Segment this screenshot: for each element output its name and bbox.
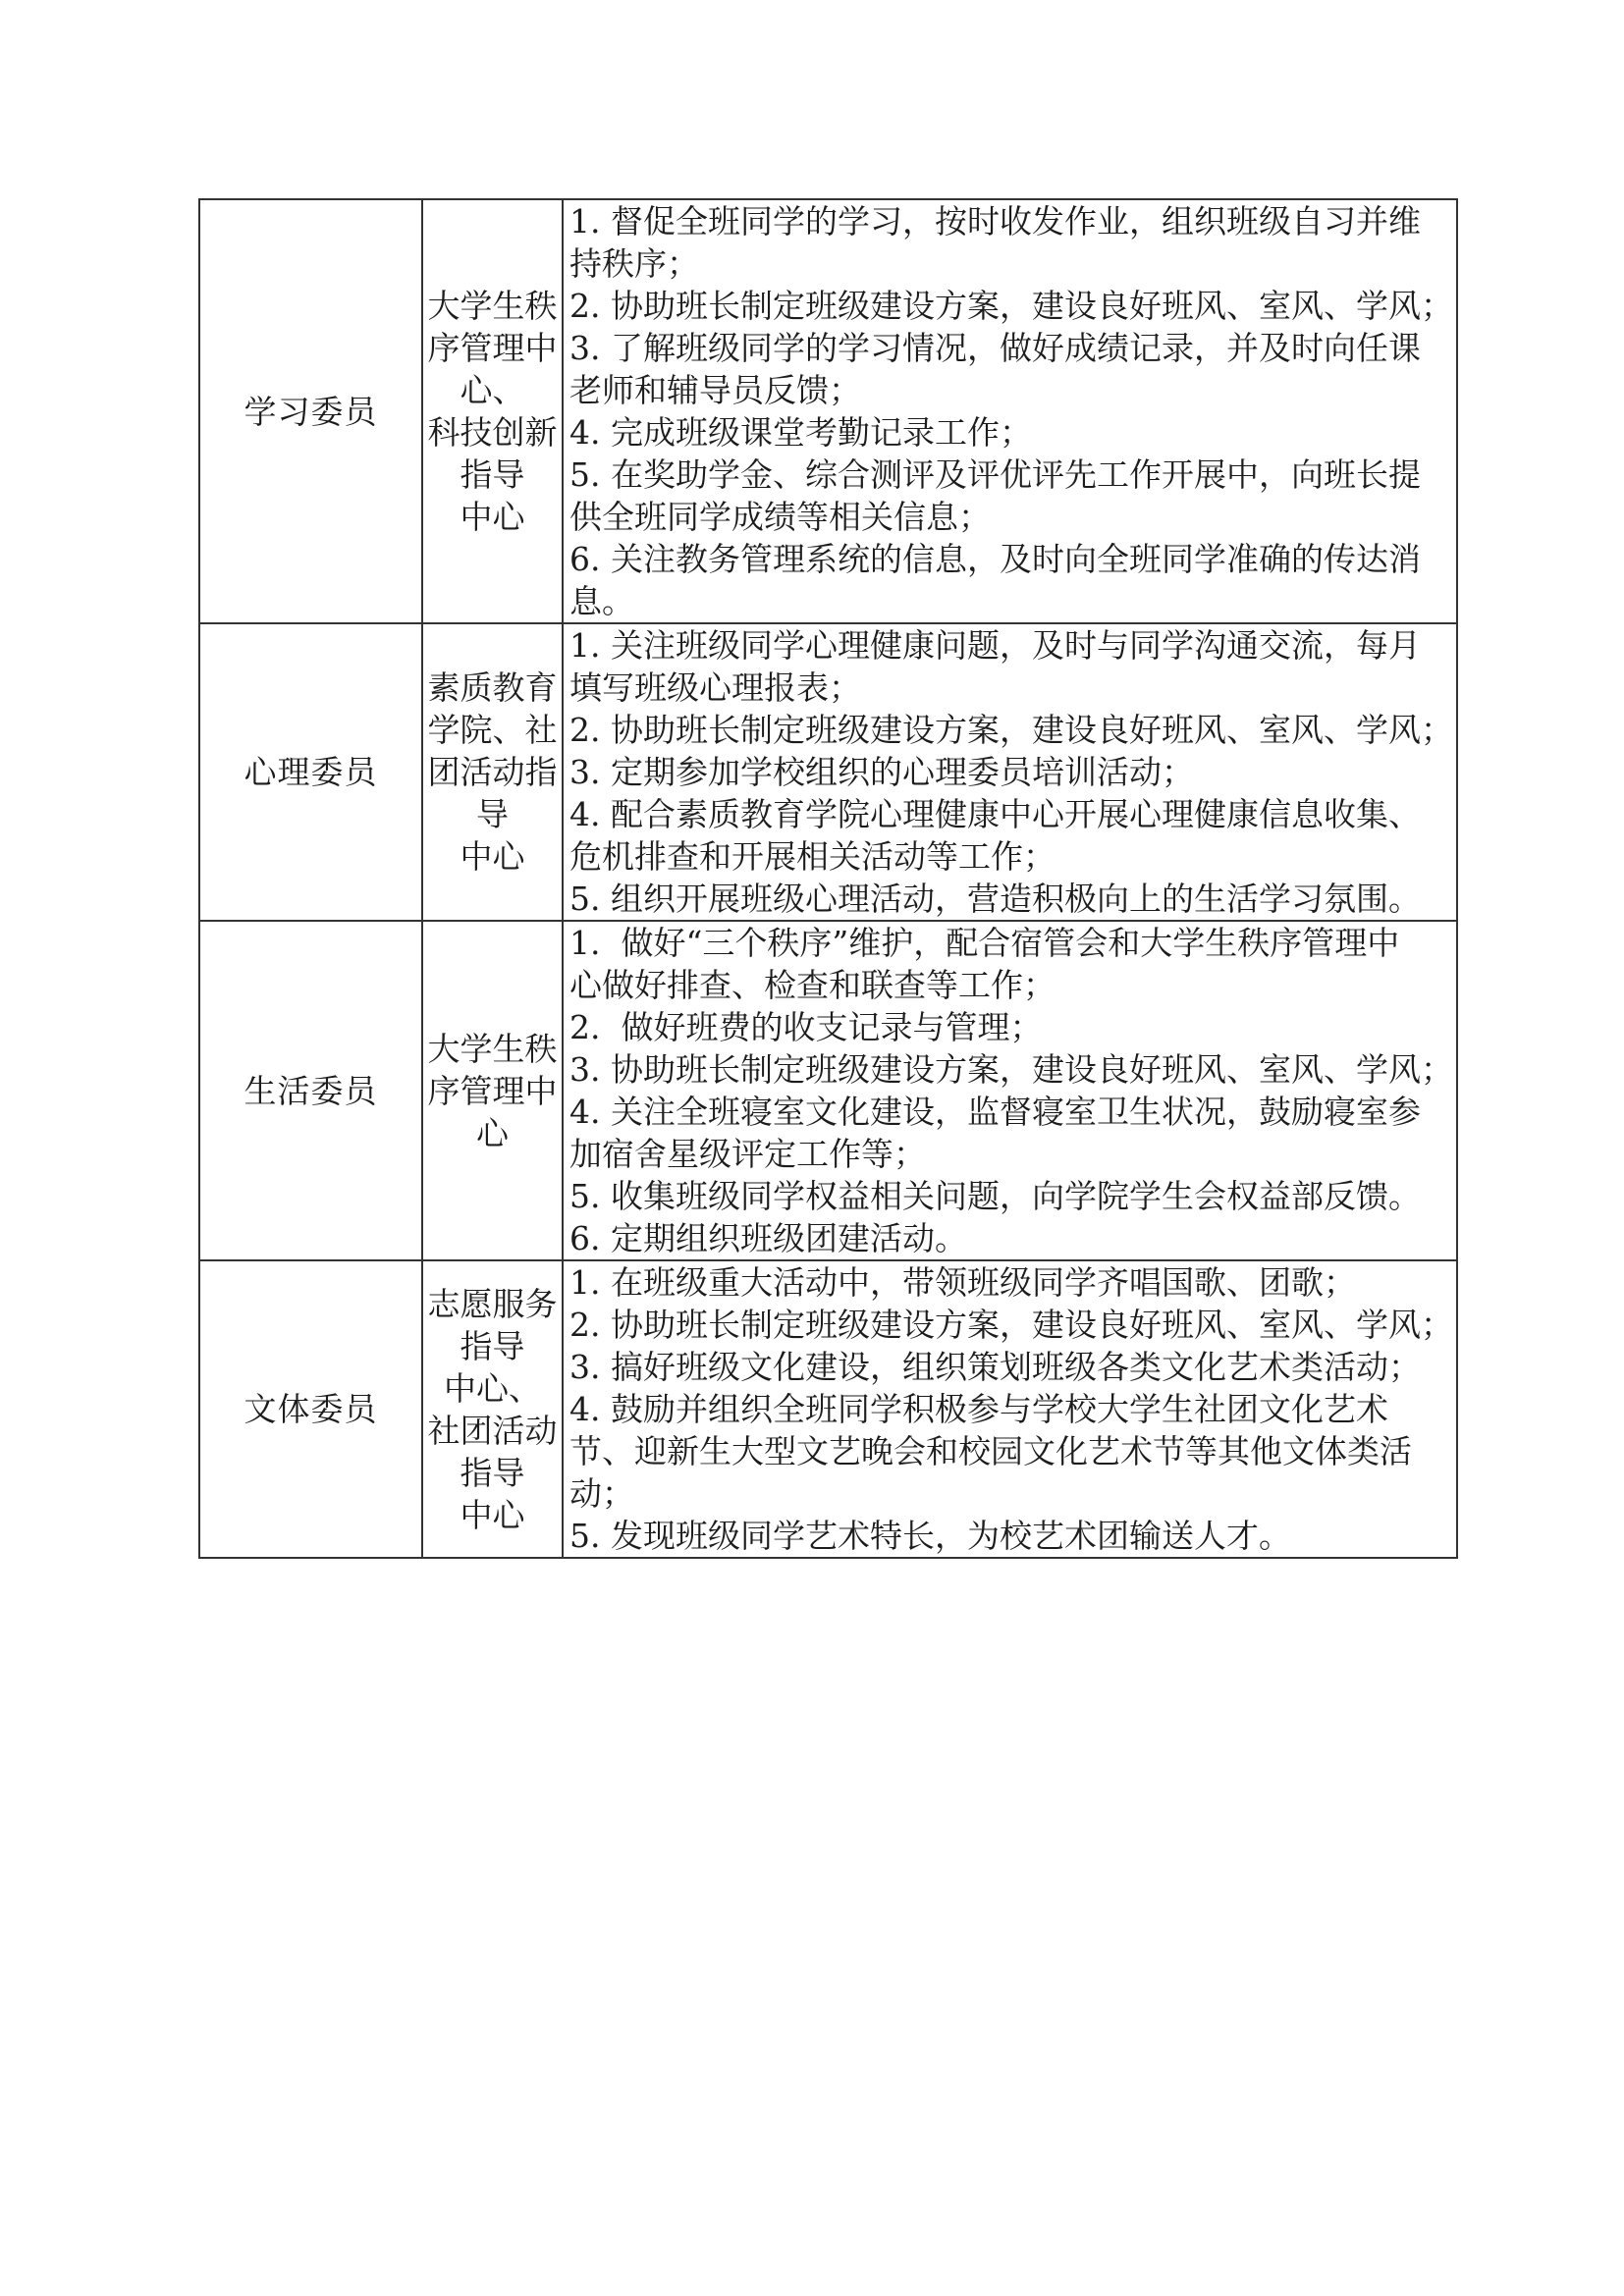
role-cell: 心理委员 [199, 623, 422, 921]
duty-item: 6. 关注教务管理系统的信息，及时向全班同学准确的传达消 息。 [569, 538, 1453, 622]
duty-item: 2. 协助班长制定班级建设方案，建设良好班风、室风、学风； [569, 285, 1453, 327]
duty-item: 1. 做好“三个秩序”维护，配合宿管会和大学生秩序管理中 心做好排查、检查和联查… [569, 922, 1453, 1006]
duty-item: 4. 配合素质教育学院心理健康中心开展心理健康信息收集、 危机排查和开展相关活动… [569, 793, 1453, 878]
duty-item: 6. 定期组织班级团建活动。 [569, 1217, 1453, 1259]
org-cell: 志愿服务 指导 中心、 社团活动 指导 中心 [422, 1260, 563, 1558]
duties-table-body: 学习委员 大学生秩 序管理中 心、 科技创新 指导 中心 1. 督促全班同学的学… [199, 199, 1457, 1558]
role-cell: 学习委员 [199, 199, 422, 623]
org-cell: 大学生秩 序管理中 心 [422, 921, 563, 1260]
duty-item: 3. 搞好班级文化建设，组织策划班级各类文化艺术类活动； [569, 1346, 1453, 1388]
duty-item: 2. 协助班长制定班级建设方案，建设良好班风、室风、学风； [569, 1304, 1453, 1346]
duty-item: 3. 了解班级同学的学习情况，做好成绩记录，并及时向任课 老师和辅导员反馈； [569, 327, 1453, 411]
duties-table: 学习委员 大学生秩 序管理中 心、 科技创新 指导 中心 1. 督促全班同学的学… [198, 198, 1458, 1559]
org-cell: 大学生秩 序管理中 心、 科技创新 指导 中心 [422, 199, 563, 623]
role-cell: 文体委员 [199, 1260, 422, 1558]
org-cell: 素质教育 学院、社 团活动指 导 中心 [422, 623, 563, 921]
duties-cell: 1. 督促全班同学的学习，按时收发作业，组织班级自习并维 持秩序；2. 协助班长… [563, 199, 1457, 623]
duty-item: 1. 关注班级同学心理健康问题，及时与同学沟通交流，每月 填写班级心理报表； [569, 624, 1453, 709]
duty-item: 2. 协助班长制定班级建设方案，建设良好班风、室风、学风； [569, 709, 1453, 751]
role-cell: 生活委员 [199, 921, 422, 1260]
duty-item: 5. 在奖助学金、综合测评及评优评先工作开展中，向班长提 供全班同学成绩等相关信… [569, 454, 1453, 538]
duty-item: 4. 关注全班寝室文化建设，监督寝室卫生状况，鼓励寝室参 加宿舍星级评定工作等； [569, 1091, 1453, 1175]
duty-item: 4. 完成班级课堂考勤记录工作； [569, 411, 1453, 454]
table-row: 文体委员 志愿服务 指导 中心、 社团活动 指导 中心 1. 在班级重大活动中，… [199, 1260, 1457, 1558]
table-row: 生活委员 大学生秩 序管理中 心 1. 做好“三个秩序”维护，配合宿管会和大学生… [199, 921, 1457, 1260]
duties-cell: 1. 在班级重大活动中，带领班级同学齐唱国歌、团歌；2. 协助班长制定班级建设方… [563, 1260, 1457, 1558]
duty-item: 5. 发现班级同学艺术特长，为校艺术团输送人才。 [569, 1515, 1453, 1557]
duty-item: 1. 在班级重大活动中，带领班级同学齐唱国歌、团歌； [569, 1261, 1453, 1304]
table-row: 心理委员 素质教育 学院、社 团活动指 导 中心 1. 关注班级同学心理健康问题… [199, 623, 1457, 921]
table-row: 学习委员 大学生秩 序管理中 心、 科技创新 指导 中心 1. 督促全班同学的学… [199, 199, 1457, 623]
duty-item: 2. 做好班费的收支记录与管理； [569, 1006, 1453, 1048]
duty-item: 3. 协助班长制定班级建设方案，建设良好班风、室风、学风； [569, 1048, 1453, 1091]
duty-item: 1. 督促全班同学的学习，按时收发作业，组织班级自习并维 持秩序； [569, 200, 1453, 285]
duties-cell: 1. 做好“三个秩序”维护，配合宿管会和大学生秩序管理中 心做好排查、检查和联查… [563, 921, 1457, 1260]
duty-item: 3. 定期参加学校组织的心理委员培训活动； [569, 751, 1453, 793]
duty-item: 5. 组织开展班级心理活动，营造积极向上的生活学习氛围。 [569, 878, 1453, 920]
duty-item: 5. 收集班级同学权益相关问题，向学院学生会权益部反馈。 [569, 1175, 1453, 1217]
duty-item: 4. 鼓励并组织全班同学积极参与学校大学生社团文化艺术 节、迎新生大型文艺晚会和… [569, 1388, 1453, 1515]
duties-cell: 1. 关注班级同学心理健康问题，及时与同学沟通交流，每月 填写班级心理报表；2.… [563, 623, 1457, 921]
